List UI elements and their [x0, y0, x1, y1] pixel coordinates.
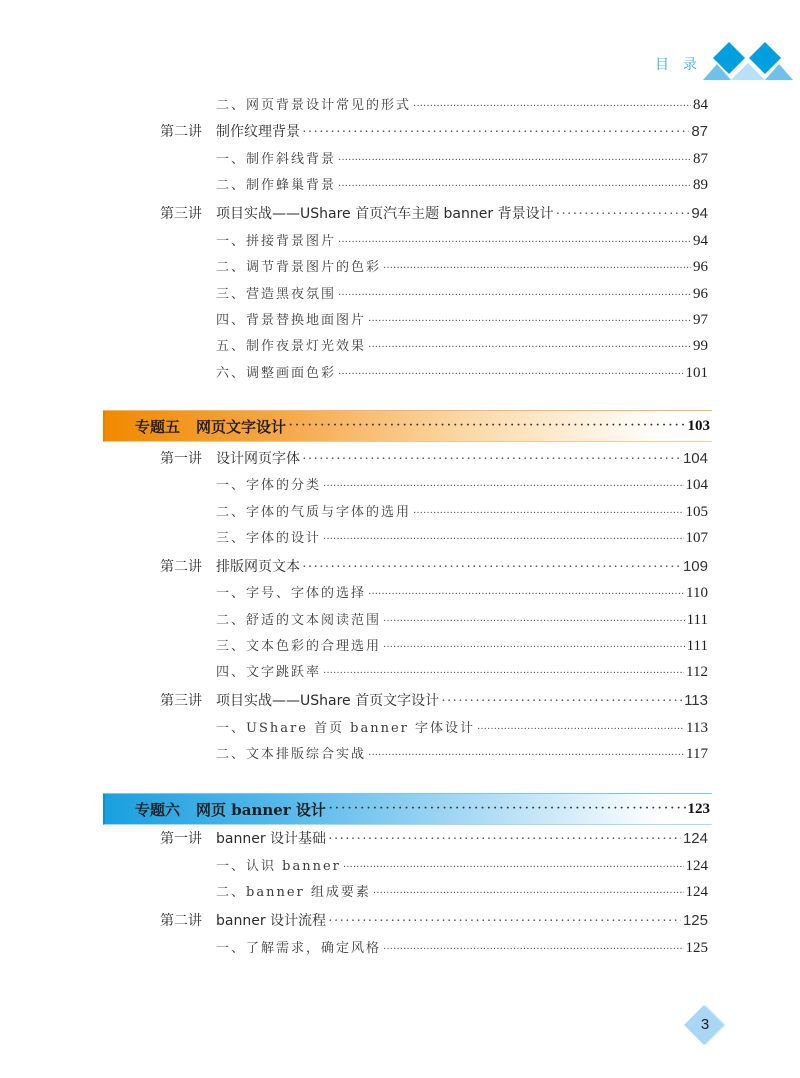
entry-page: 104: [686, 477, 709, 494]
entry-title: banner 设计基础: [216, 828, 326, 848]
leader-dots: [302, 560, 681, 576]
toc-section-entry[interactable]: 四、文字跳跃率112: [216, 661, 708, 681]
toc-section-entry[interactable]: 一、了解需求，确定风格125: [216, 937, 708, 957]
toc-section-entry[interactable]: 二、制作蜂巢背景89: [216, 174, 708, 194]
entry-title: banner 设计流程: [216, 910, 326, 930]
toc-lecture-entry[interactable]: 第一讲设计网页字体104: [160, 448, 708, 468]
entry-page: 109: [683, 558, 708, 575]
toc-section-entry[interactable]: 二、文本排版综合实战117: [216, 743, 708, 763]
entry-page: 101: [686, 365, 709, 382]
entry-page: 94: [691, 205, 708, 222]
toc-section-entry[interactable]: 一、制作斜线背景87: [216, 148, 708, 168]
entry-page: 104: [683, 450, 708, 467]
lecture-number: 第一讲: [160, 828, 216, 848]
toc-lecture-entry[interactable]: 第一讲banner 设计基础124: [160, 828, 708, 848]
entry-title: 五、制作夜景灯光效果: [216, 335, 366, 354]
lecture-number: 第二讲: [160, 556, 216, 576]
entry-title: 二、文本排版综合实战: [216, 743, 366, 762]
leader-dots: [323, 481, 683, 492]
entry-title: 设计网页字体: [216, 448, 300, 468]
page-number: 3: [683, 1003, 727, 1047]
mountain-diamond-logo-icon: [703, 38, 793, 80]
entry-title: 二、字体的气质与字体的选用: [216, 501, 411, 520]
leader-dots: [373, 888, 684, 899]
leader-dots: [368, 316, 691, 327]
leader-dots: [343, 862, 684, 873]
leader-dots: [368, 342, 691, 353]
chapter-number: 专题六: [135, 799, 180, 820]
entry-title: 项目实战——UShare 首页文字设计: [216, 690, 439, 710]
lecture-number: 第三讲: [160, 203, 216, 223]
entry-page: 112: [686, 664, 708, 681]
entry-page: 89: [693, 177, 708, 194]
entry-page: 105: [686, 504, 709, 521]
entry-page: 94: [693, 233, 708, 250]
entry-page: 84: [693, 97, 708, 114]
leader-dots: [413, 508, 683, 519]
toc-lecture-entry[interactable]: 第二讲制作纹理背景87: [160, 121, 708, 141]
leader-dots: [338, 290, 691, 301]
leader-dots: [383, 944, 683, 955]
toc-section-entry[interactable]: 二、字体的气质与字体的选用105: [216, 501, 708, 521]
lecture-number: 第三讲: [160, 690, 216, 710]
chapter-number: 专题五: [135, 416, 180, 437]
entry-page: 87: [691, 123, 708, 140]
entry-page: 113: [684, 692, 708, 709]
entry-title: 制作纹理背景: [216, 121, 300, 141]
entry-page: 107: [686, 530, 709, 547]
leader-dots: [323, 534, 683, 545]
page-number-badge: 3: [683, 1003, 727, 1047]
entry-page: 96: [693, 286, 708, 303]
leader-dots: [302, 452, 681, 468]
entry-page: 111: [687, 612, 708, 629]
toc-section-entry[interactable]: 二、调节背景图片的色彩96: [216, 256, 708, 276]
leader-dots: [556, 207, 690, 223]
leader-dots: [413, 101, 691, 112]
lecture-number: 第二讲: [160, 121, 216, 141]
entry-page: 124: [686, 884, 709, 901]
entry-title: 二、调节背景图片的色彩: [216, 256, 381, 275]
toc-section-entry[interactable]: 三、营造黑夜氛围96: [216, 283, 708, 303]
leader-dots: [441, 694, 682, 710]
entry-title: 一、认识 banner: [216, 855, 341, 874]
entry-title: 一、制作斜线背景: [216, 148, 336, 167]
leader-dots: [338, 237, 691, 248]
leader-dots: [328, 800, 686, 818]
toc-section-entry[interactable]: 三、字体的设计107: [216, 527, 708, 547]
leader-dots: [383, 263, 691, 274]
leader-dots: [328, 914, 681, 930]
leader-dots: [368, 589, 684, 600]
entry-page: 110: [686, 585, 708, 602]
entry-page: 117: [686, 746, 708, 763]
toc-section-entry[interactable]: 二、banner 组成要素124: [216, 881, 708, 901]
toc-section-entry[interactable]: 三、文本色彩的合理选用111: [216, 635, 708, 655]
entry-title: 二、制作蜂巢背景: [216, 174, 336, 193]
entry-page: 97: [693, 312, 708, 329]
leader-dots: [323, 668, 684, 679]
entry-title: 三、文本色彩的合理选用: [216, 635, 381, 654]
entry-title: 排版网页文本: [216, 556, 300, 576]
leader-dots: [288, 417, 685, 435]
entry-title: 一、字号、字体的选择: [216, 582, 366, 601]
entry-page: 87: [693, 151, 708, 168]
entry-title: 二、舒适的文本阅读范围: [216, 609, 381, 628]
entry-page: 111: [687, 638, 708, 655]
toc-section-entry[interactable]: 一、认识 banner124: [216, 855, 708, 875]
entry-page: 99: [693, 338, 708, 355]
entry-title: 二、banner 组成要素: [216, 881, 371, 900]
toc-section-entry[interactable]: 五、制作夜景灯光效果99: [216, 335, 708, 355]
entry-page: 125: [683, 912, 708, 929]
toc-lecture-entry[interactable]: 第三讲项目实战——UShare 首页汽车主题 banner 背景设计94: [160, 203, 708, 223]
toc-section-entry[interactable]: 二、舒适的文本阅读范围111: [216, 609, 708, 629]
toc-section-entry[interactable]: 一、拼接背景图片94: [216, 230, 708, 250]
leader-dots: [338, 369, 683, 380]
toc-section-entry[interactable]: 一、字体的分类104: [216, 474, 708, 494]
toc-lecture-entry[interactable]: 第二讲排版网页文本109: [160, 556, 708, 576]
toc-section-entry[interactable]: 一、字号、字体的选择110: [216, 582, 708, 602]
entry-title: 三、字体的设计: [216, 527, 321, 546]
entry-title: 四、背景替换地面图片: [216, 309, 366, 328]
entry-page: 124: [686, 858, 709, 875]
lecture-number: 第一讲: [160, 448, 216, 468]
leader-dots: [383, 642, 685, 653]
entry-page: 125: [686, 940, 709, 957]
entry-title: 四、文字跳跃率: [216, 661, 321, 680]
entry-title: 一、字体的分类: [216, 474, 321, 493]
chapter-5-banner[interactable]: 专题五 网页文字设计 103: [103, 410, 712, 442]
entry-title: 一、拼接背景图片: [216, 230, 336, 249]
leader-dots: [477, 724, 684, 735]
entry-page: 124: [683, 830, 708, 847]
leader-dots: [302, 125, 689, 141]
entry-title: 六、调整画面色彩: [216, 362, 336, 381]
leader-dots: [328, 832, 681, 848]
entry-title: 二、网页背景设计常见的形式: [216, 94, 411, 113]
entry-page: 96: [693, 259, 708, 276]
leader-dots: [383, 616, 685, 627]
lecture-number: 第二讲: [160, 910, 216, 930]
toc-section-entry[interactable]: 二、网页背景设计常见的形式84: [216, 94, 708, 114]
leader-dots: [338, 181, 691, 192]
toc-lecture-entry[interactable]: 第三讲项目实战——UShare 首页文字设计113: [160, 690, 708, 710]
leader-dots: [368, 750, 684, 761]
chapter-page: 103: [688, 418, 711, 435]
chapter-title: 网页 banner 设计: [196, 799, 326, 820]
leader-dots: [338, 155, 691, 166]
entry-title: 项目实战——UShare 首页汽车主题 banner 背景设计: [216, 203, 554, 223]
entry-title: 三、营造黑夜氛围: [216, 283, 336, 302]
toc-section-entry[interactable]: 四、背景替换地面图片97: [216, 309, 708, 329]
chapter-6-banner[interactable]: 专题六 网页 banner 设计 123: [103, 793, 712, 825]
toc-section-entry[interactable]: 一、UShare 首页 banner 字体设计113: [216, 717, 708, 737]
entry-page: 113: [686, 720, 708, 737]
chapter-title: 网页文字设计: [196, 416, 286, 437]
toc-lecture-entry[interactable]: 第二讲banner 设计流程125: [160, 910, 708, 930]
toc-section-entry[interactable]: 六、调整画面色彩101: [216, 362, 708, 382]
entry-title: 一、了解需求，确定风格: [216, 937, 381, 956]
chapter-page: 123: [688, 801, 711, 818]
entry-title: 一、UShare 首页 banner 字体设计: [216, 717, 475, 736]
